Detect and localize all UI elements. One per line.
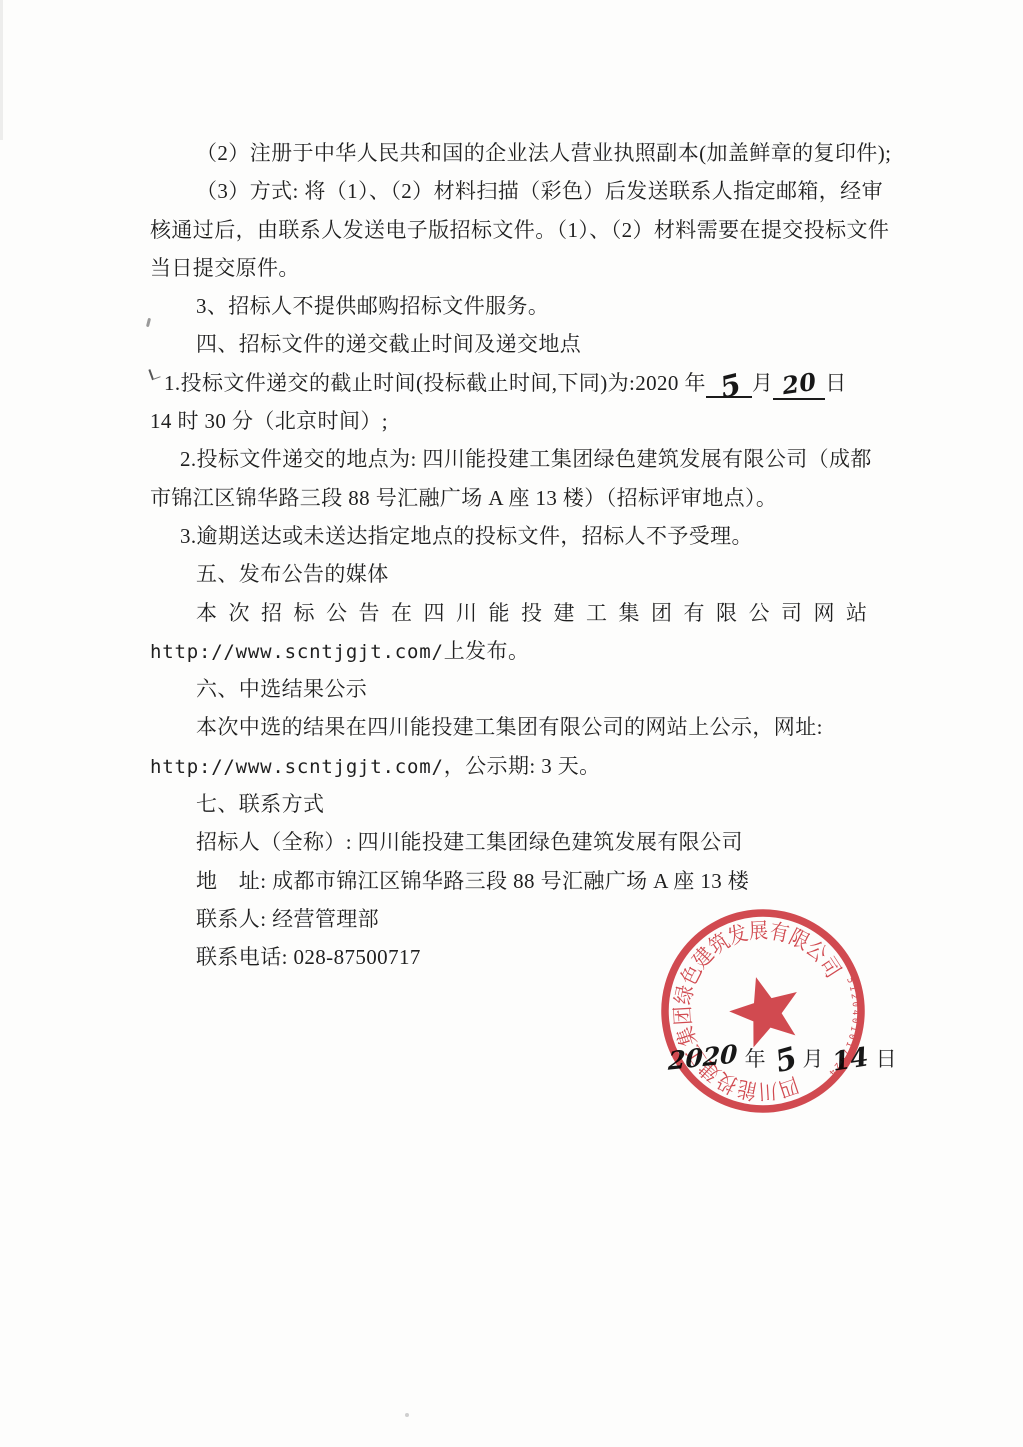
handwritten-month-value: 5	[718, 373, 743, 397]
official-seal: 四川能投建工集团绿色建筑发展有限公司 5120401017924	[645, 893, 881, 1129]
section-heading-7: 七、联系方式	[150, 785, 890, 823]
deadline-line: 1.投标文件递交的截止时间(投标截止时间,下同)为:2020 年5月20日	[150, 364, 890, 402]
doc-line: 14 时 30 分（北京时间）;	[150, 402, 890, 440]
doc-line: 3、招标人不提供邮购招标文件服务。	[150, 287, 890, 325]
tenderer-name-line: 招标人（全称）: 四川能投建工集团绿色建筑发展有限公司	[150, 823, 890, 861]
doc-line: （3）方式: 将（1）、（2）材料扫描（彩色）后发送联系人指定邮箱，经审	[150, 172, 890, 210]
handwritten-day-blank: 20	[773, 372, 825, 400]
website-url: http://www.scntjgjt.com/	[150, 756, 444, 778]
website-url: http://www.scntjgjt.com/	[150, 641, 444, 663]
deadline-text: 1.投标文件递交的截止时间(投标截止时间,下同)为:2020 年	[164, 371, 706, 395]
document-body: （2）注册于中华人民共和国的企业法人营业执照副本(加盖鲜章的复印件); （3）方…	[150, 134, 890, 977]
scan-artifact	[405, 1413, 409, 1417]
website-line: http://www.scntjgjt.com/上发布。	[150, 632, 890, 670]
star-icon	[722, 967, 808, 1051]
handwritten-month-blank: 5	[706, 370, 752, 398]
doc-line: （2）注册于中华人民共和国的企业法人营业执照副本(加盖鲜章的复印件);	[150, 134, 890, 172]
section-heading-4: 四、招标文件的递交截止时间及递交地点	[150, 325, 890, 363]
section-heading-6: 六、中选结果公示	[150, 670, 890, 708]
doc-line: 核通过后，由联系人发送电子版招标文件。（1）、（2）材料需要在提交投标文件	[150, 211, 890, 249]
doc-line: 3.逾期送达或未送达指定地点的投标文件，招标人不予受理。	[150, 517, 890, 555]
doc-line: 当日提交原件。	[150, 249, 890, 287]
doc-line: 2.投标文件递交的地点为: 四川能投建工集团绿色建筑发展有限公司（成都	[150, 440, 890, 478]
handwritten-day-value: 20	[781, 371, 818, 396]
doc-line: 本次中选的结果在四川能投建工集团有限公司的网站上公示，网址:	[150, 708, 890, 746]
website-suffix: ，公示期: 3 天。	[444, 754, 601, 778]
scanned-document-page: （2）注册于中华人民共和国的企业法人营业执照副本(加盖鲜章的复印件); （3）方…	[0, 0, 1023, 1447]
doc-line: 市锦江区锦华路三段 88 号汇融广场 A 座 13 楼）（招标评审地点）。	[150, 479, 890, 517]
doc-line: 本次招标公告在四川能投建工集团有限公司网站	[150, 594, 890, 632]
day-label: 日	[825, 371, 846, 395]
scan-edge-artifact	[0, 0, 3, 140]
website-suffix: 上发布。	[444, 639, 530, 663]
month-label: 月	[752, 371, 773, 395]
section-heading-5: 五、发布公告的媒体	[150, 555, 890, 593]
website-line: http://www.scntjgjt.com/，公示期: 3 天。	[150, 747, 890, 785]
